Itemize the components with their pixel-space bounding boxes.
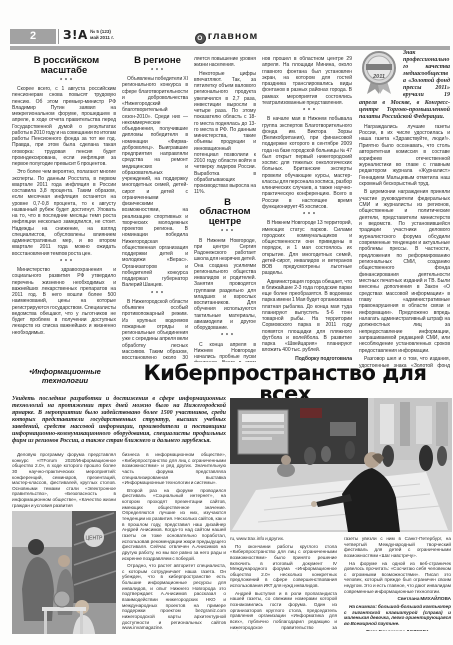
photo-banner-text: ЦЕНТР [85,536,103,542]
section-title-text: главном [208,30,258,42]
article-paragraph: Второй раз на форуме проводился фестивал… [122,488,226,561]
exhibition-photo-2: ЦЕНТР [12,511,116,634]
medal-year: 2011 [372,74,385,80]
separator: * * * [122,68,188,74]
feature-col-b: бизнеса в информационном обществе», «Киб… [122,452,226,634]
column-region: В регионе * * * Объявлены победители XI … [122,56,188,362]
sidebar-paragraph: В церемонии награждения приняли участие … [359,189,450,354]
news-paragraph: нов прошел в областном центре 29 апреля.… [262,56,352,106]
article-paragraph: По окончании работы круглого стола «Кибе… [230,544,337,589]
news-paragraph: В Нижнем Новгороде, при центре Сергия Ра… [194,238,256,332]
news-paragraph: Некоторые цифры впечатляют. Так, за пяти… [194,71,256,196]
column-russia: В российском масштабе * * * Скорее всего… [12,56,116,362]
article-paragraph: На форуме на одной из веб-страничек дове… [344,561,451,595]
separator: * * * [12,259,116,265]
news-paragraph: Администрация города обещает, что в ближ… [262,279,352,354]
sidebar-gold-press-fund: 2011 Знак профессионального качества мед… [359,50,450,370]
section-bullet-icon: О [195,33,206,44]
news-paragraph: В начале мая в Нижнем побывала группа эк… [262,116,352,210]
sidebar-paragraph: Награждались лучшие газеты России, в их … [359,124,450,187]
separator: * * * [122,291,188,297]
article-paragraph: ru, www.trax.info и других. [230,536,337,542]
column-heading: В областном центре [194,198,256,228]
feature-rubric: •Информационные технологии [12,368,118,385]
feature-col-a: Деловую программу форума представлял кон… [12,452,116,634]
section-title: Оглавном [0,30,453,44]
separator: * * * [194,333,256,339]
article-paragraph: Отрадно, что растет авторитет специалист… [122,563,226,631]
photo-caption: На снимках: большой-большой компьютер с … [344,604,451,627]
feature-col-d: газеты увезли с ним в Санкт-Петербург, н… [344,536,451,631]
article-paragraph: газеты увезли с ним в Санкт-Петербург, н… [344,536,451,559]
newspaper-page: 2 З!А № 5 (123) май 2011 г. Оглавном В р… [0,0,453,645]
article-paragraph: бизнеса в информационном обществе», «Киб… [122,452,226,486]
news-paragraph: Скорее всего, с 1 августа российским пен… [12,86,116,167]
news-paragraph: В Нижнем Новгороде 13 территорий, имеющи… [262,220,352,276]
separator: * * * [262,212,352,218]
photo-credit: Фото Владимира ДОЛГОВА [344,629,451,631]
separator: * * * [194,229,256,235]
column-city-1: ляется повышение уровня жизни населения.… [194,56,256,362]
news-paragraph: ляется повышение уровня жизни населения. [194,56,256,69]
column-heading: В российском масштабе [12,56,116,76]
article-paragraph: Деловую программу форума представлял кон… [12,452,116,508]
news-paragraph: Это более чем вероятно, полагают многие … [12,169,116,257]
column-city-2: нов прошел в областном центре 29 апреля.… [262,56,352,362]
header-rule [10,46,450,50]
article-paragraph: Андрей выступил и в роли пропагандиста н… [230,591,337,631]
separator: * * * [12,78,116,84]
sidebar-intro: 2011 Знак профессионального качества мед… [359,50,450,121]
separator: * * * [262,108,352,114]
article-author: Светлана МИХАЙЛОВА [344,596,451,602]
feature-lead: Увидеть последние разработки и достижени… [12,396,226,446]
news-paragraph: Министерство здравоохранения и социально… [12,267,116,336]
news-paragraph: Объявлены победители XI регионального ко… [122,76,188,289]
medal-icon: 2011 [359,51,399,95]
news-paragraph: В Нижегородской области объявлен особый … [122,299,188,362]
news-paragraph: С конца апреля в Нижнем Новгороде начали… [194,342,256,362]
exhibition-photo [230,398,452,532]
feature-col-c: ru, www.trax.info и других. По окончании… [230,536,337,631]
column-heading: В регионе [122,56,188,66]
